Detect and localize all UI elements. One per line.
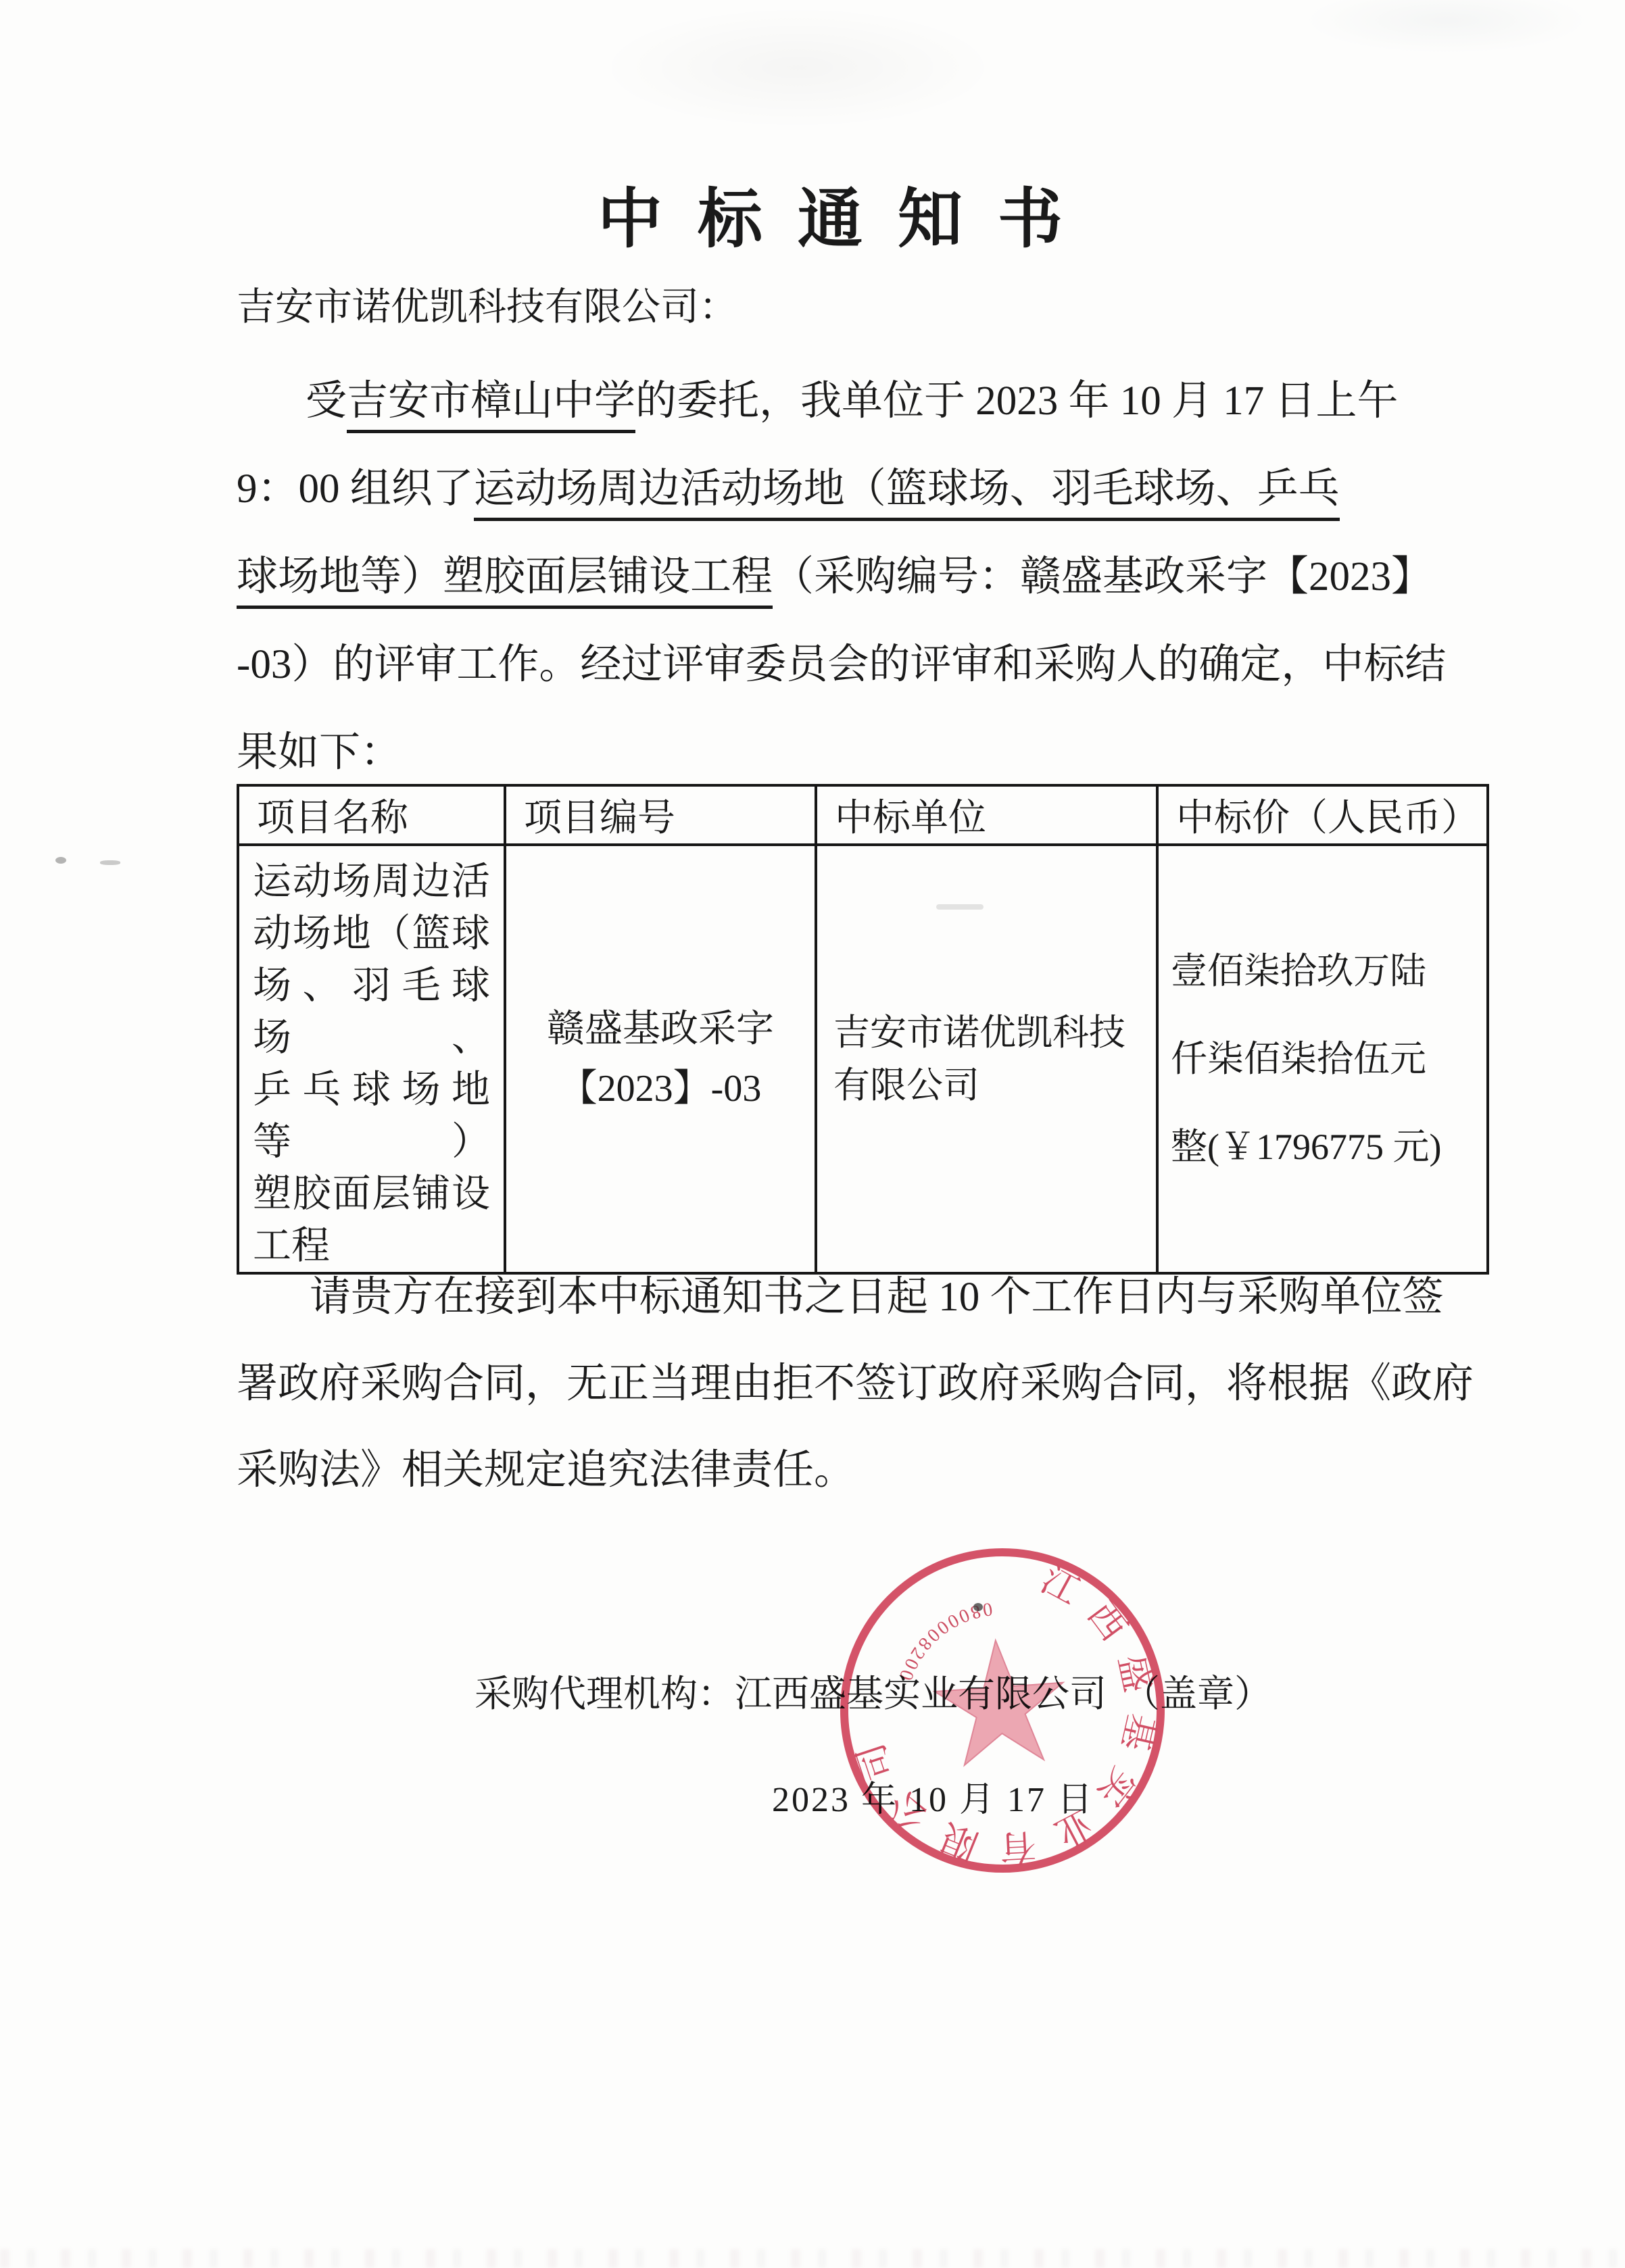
ink-dot-artifact bbox=[973, 1603, 983, 1611]
p1l2-underlined-project: 运动场周边活动场地（篮球场、羽毛球场、乒乓 bbox=[474, 466, 1340, 521]
project-name-line: 乒乓球场地等） bbox=[253, 1064, 490, 1168]
header-price: 中标价（人民币） bbox=[1157, 785, 1488, 845]
paragraph1-line1: 受吉安市樟山中学的委托，我单位于 2023 年 10 月 17 日上午 bbox=[306, 368, 1399, 426]
project-no-line: 【2023】-03 bbox=[507, 1059, 814, 1118]
page-title: 中标通知书 bbox=[0, 168, 1625, 260]
paragraph1-line5: 果如下： bbox=[237, 719, 402, 778]
scan-speck-artifact bbox=[936, 904, 984, 910]
project-no-cell: 赣盛基政采字 【2023】-03 bbox=[505, 845, 816, 1273]
price-cell: 壹佰柒拾玖万陆 仟柒佰柒拾伍元 整(￥1796775 元) bbox=[1157, 845, 1488, 1273]
scan-speck-artifact bbox=[100, 860, 120, 865]
project-name-line: 动场地（篮球 bbox=[253, 908, 490, 960]
project-name-line: 运动场周边活 bbox=[253, 856, 490, 908]
project-name-cell: 运动场周边活 动场地（篮球 场、羽毛球场、 乒乓球场地等） 塑胶面层铺设 工程 bbox=[238, 845, 505, 1273]
price-line: 仟柒佰柒拾伍元 bbox=[1171, 1015, 1486, 1103]
p1l1-underlined-school: 吉安市樟山中学 bbox=[347, 378, 635, 433]
scan-speck-artifact bbox=[55, 857, 66, 864]
agency-label: 采购代理机构： bbox=[475, 1673, 735, 1715]
winner-cell: 吉安市诺优凯科技 有限公司 bbox=[816, 845, 1157, 1273]
project-no-line: 赣盛基政采字 bbox=[507, 1000, 814, 1059]
paragraph1-line2: 9：00 组织了运动场周边活动场地（篮球场、羽毛球场、乒乓 bbox=[237, 455, 1340, 514]
paragraph1-line4: -03）的评审工作。经过评审委员会的评审和采购人的确定，中标结 bbox=[237, 631, 1446, 690]
project-name-line: 场、羽毛球场、 bbox=[253, 960, 490, 1064]
paragraph1-line3: 球场地等）塑胶面层铺设工程（采购编号：赣盛基政采字【2023】 bbox=[237, 543, 1432, 602]
price-line: 整(￥1796775 元) bbox=[1171, 1103, 1486, 1191]
award-table-header-row: 项目名称 项目编号 中标单位 中标价（人民币） bbox=[238, 785, 1488, 845]
p1l1-post: 的委托，我单位于 2023 年 10 月 17 日上午 bbox=[635, 378, 1399, 424]
company-seal: 江西盛基实业有限公司 36080000820017 bbox=[833, 1542, 1171, 1879]
award-table-data-row: 运动场周边活 动场地（篮球 场、羽毛球场、 乒乓球场地等） 塑胶面层铺设 工程 … bbox=[238, 845, 1488, 1273]
paragraph2-line3: 采购法》相关规定追究法律责任。 bbox=[237, 1437, 855, 1496]
paragraph2-line2: 署政府采购合同，无正当理由拒不签订政府采购合同，将根据《政府 bbox=[237, 1350, 1474, 1409]
header-project-no: 项目编号 bbox=[505, 785, 816, 845]
price-line: 壹佰柒拾玖万陆 bbox=[1171, 927, 1486, 1015]
header-project-name: 项目名称 bbox=[238, 785, 505, 845]
scan-noise-band bbox=[0, 2249, 1625, 2268]
header-winner: 中标单位 bbox=[816, 785, 1157, 845]
addressee-line: 吉安市诺优凯科技有限公司： bbox=[237, 276, 737, 331]
paragraph2-line1: 请贵方在接到本中标通知书之日起 10 个工作日内与采购单位签 bbox=[310, 1264, 1444, 1323]
p1l2-pre: 9：00 组织了 bbox=[237, 466, 474, 512]
winner-line: 吉安市诺优凯科技 bbox=[833, 1006, 1155, 1059]
seal-star-icon bbox=[916, 1625, 1093, 1801]
p1l3-post: （采购编号：赣盛基政采字【2023】 bbox=[773, 554, 1432, 599]
p1l1-pre: 受 bbox=[306, 378, 347, 424]
winner-line: 有限公司 bbox=[833, 1059, 1155, 1112]
p1l3-underlined-project: 球场地等）塑胶面层铺设工程 bbox=[237, 554, 773, 609]
scanned-document-page: 中标通知书 吉安市诺优凯科技有限公司： 受吉安市樟山中学的委托，我单位于 202… bbox=[0, 0, 1625, 2268]
project-name-line: 塑胶面层铺设 bbox=[253, 1168, 490, 1220]
award-table: 项目名称 项目编号 中标单位 中标价（人民币） 运动场周边活 动场地（篮球 场、… bbox=[237, 784, 1489, 1275]
